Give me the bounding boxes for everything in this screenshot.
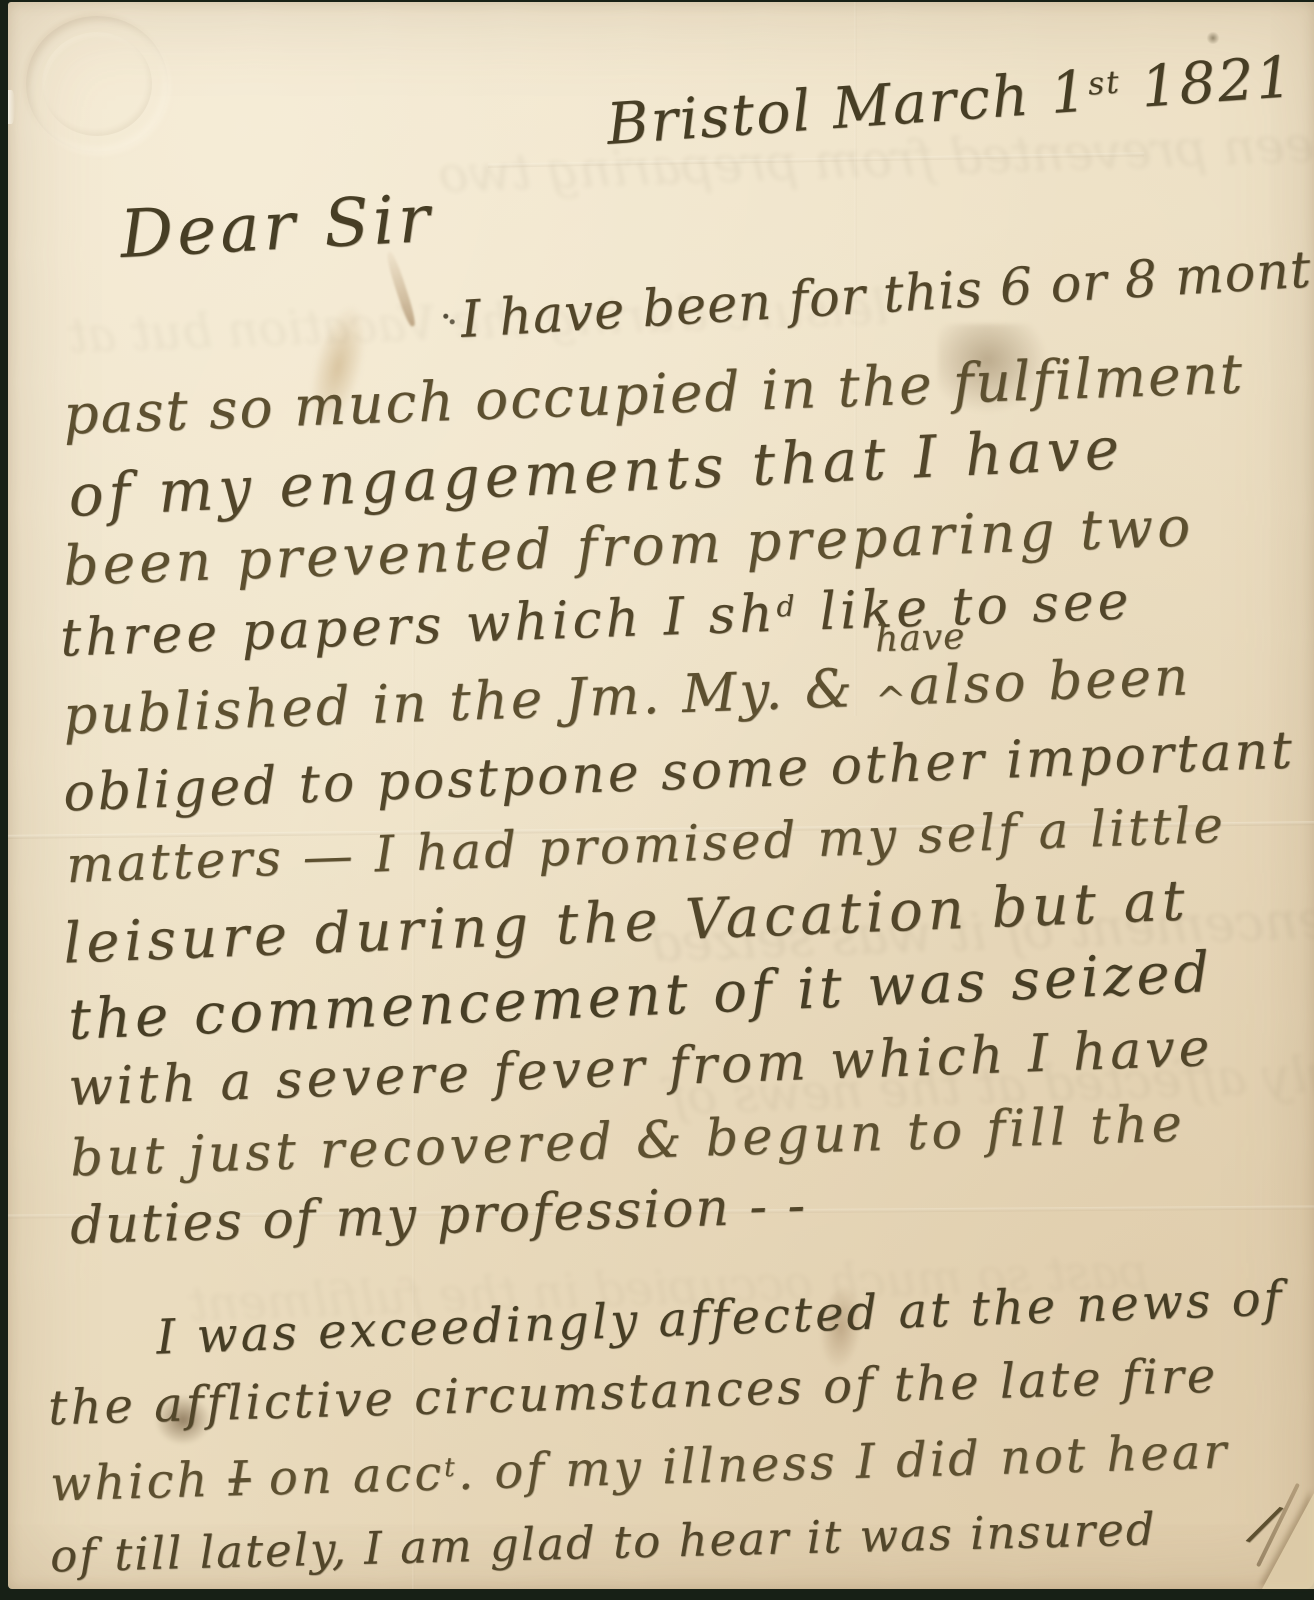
line-text: which <box>49 1451 229 1512</box>
letter-line-p2-3: which I on acct. of my illness I did not… <box>49 1424 1230 1513</box>
dateline-year: 1821 <box>1119 44 1296 122</box>
superscript-t: t <box>444 1452 458 1483</box>
line-text: published in the Jm. My. & <box>62 657 876 746</box>
interlinear-insertion: have^ <box>874 656 910 718</box>
dateline-ordinal-superscript: st <box>1087 64 1122 102</box>
dateline-place-date: Bristol March 1 <box>605 58 1091 158</box>
letter-page: been prevented from preparing two leisur… <box>8 2 1314 1589</box>
letter-line-p2-4: of till lately, I am glad to hear it was… <box>50 1502 1158 1582</box>
line-text: . of my illness I did not hear <box>457 1424 1230 1502</box>
ink-dot <box>1206 32 1220 44</box>
inserted-word: have <box>874 616 966 660</box>
paper-edge-nick <box>8 90 15 124</box>
line-text: like to see <box>798 571 1133 643</box>
dateline: Bristol March 1st 1821 <box>605 44 1297 158</box>
salutation: Dear Sir <box>118 180 435 273</box>
line-text: three papers which I sh <box>59 584 777 669</box>
superscript-d: d <box>776 589 799 624</box>
paper-crease <box>488 152 1144 167</box>
letter-line-p1-1: I have been for this 6 or 8 months <box>459 237 1314 350</box>
ink-scratch-mark <box>384 250 418 327</box>
ink-specks <box>441 312 457 326</box>
caret-mark: ^ <box>875 678 911 722</box>
embossed-seal <box>26 16 168 152</box>
embossed-seal-inner-ring <box>42 32 152 136</box>
letter-line-p1-13: duties of my profession - - <box>69 1176 807 1257</box>
line-text: on acc <box>250 1445 445 1506</box>
struck-out-character: I <box>228 1451 252 1508</box>
